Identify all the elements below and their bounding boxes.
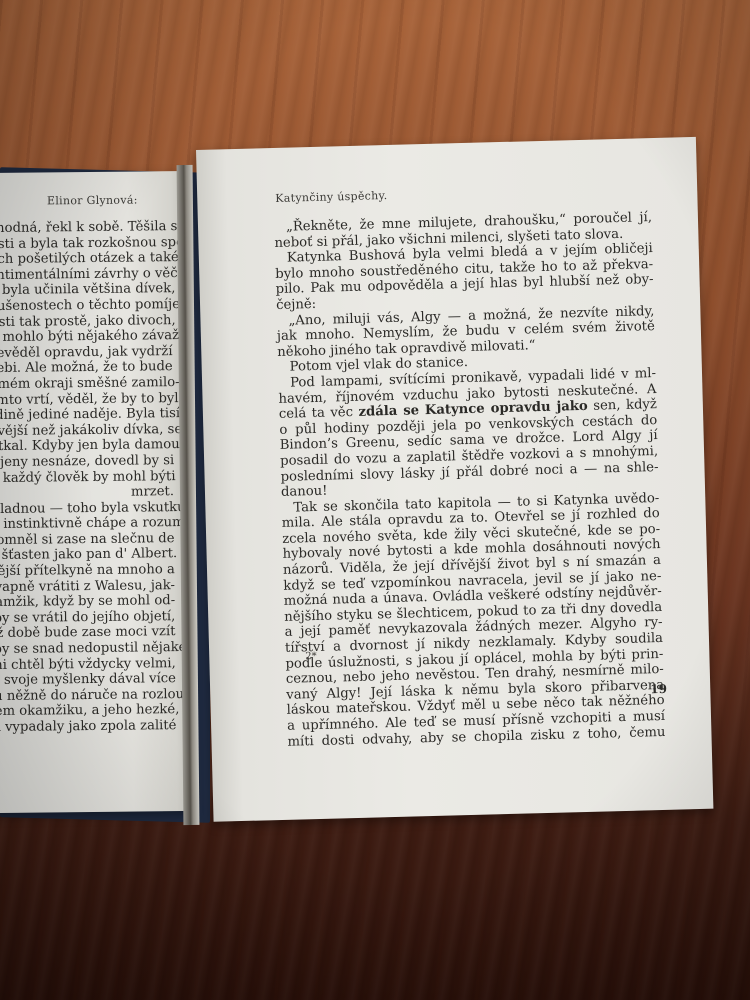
text-fragment: celá ta věc [279,405,359,422]
page-number: 19 [650,682,667,696]
text-fragment: sen, když [588,397,657,414]
text-line: vyhodná, řekl k sobě. Těšila se [0,219,171,237]
text-line: zkušenostech o těchto pomíjejí- [0,297,172,315]
text-line: mrzet. [0,484,174,502]
text-line: kamžik, když by se mohl od- [0,593,175,611]
left-page: Elinor Glynová: vyhodná, řekl k sobě. Tě… [0,171,193,813]
text-line: samém okraji směšné zamilo- [0,375,173,393]
right-page-text: „Řekněte, že mne milujete, drahoušku,“ p… [274,210,666,750]
signature-mark: 2* [305,651,317,662]
left-running-head: Elinor Glynová: [47,193,138,207]
text-line: ni vypadaly jako zpola zalité [0,718,177,736]
right-page: Katynčiny úspěchy. „Řekněte, že mne milu… [196,137,713,822]
text-line: pojeny nesnáze, dovedl by si [0,453,174,471]
text-line: ných pošetilých otázek a také [0,250,172,268]
text-line: aby se snad nedopustil nějaké [0,640,176,658]
left-page-text: vyhodná, řekl k sobě. Těšila senosti a b… [0,219,177,736]
text-line: že instinktivně chápe a rozumí [0,515,174,533]
text-line: by mohlo býti nějakého závaž- [0,328,172,346]
text-line: a svoje myšlenky dával více [0,671,176,689]
open-book: Elinor Glynová: vyhodná, řekl k sobě. Tě… [0,0,750,1000]
right-running-head: Katynčiny úspěchy. [275,189,387,205]
text-line: nější přítelkyně na mnoho a [0,562,175,580]
text-line: jedině jediné naděje. Byla tisíc- [0,406,173,424]
